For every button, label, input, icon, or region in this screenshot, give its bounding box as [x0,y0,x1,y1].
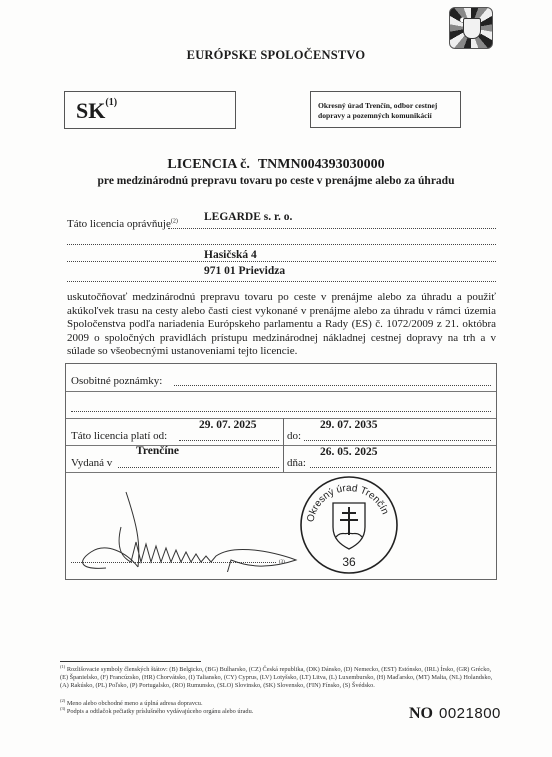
column-divider [283,418,284,472]
valid-from-label: Táto licencia platí od: [71,430,167,442]
holder-label: Táto licencia oprávňuje(2) [67,218,178,230]
valid-from-line [179,440,279,441]
footnote-rule [60,661,201,662]
notes-label: Osobitné poznámky: [71,375,162,387]
issued-in-label: Vydaná v [71,457,112,469]
slovak-coat-of-arms-hologram-icon [449,7,493,49]
license-number: TNMN004393030000 [258,157,385,172]
notes-row-2 [66,391,496,419]
holder-street: Hasičská 4 [204,249,257,261]
holder-line-4 [67,281,496,282]
holder-line-2 [67,244,496,245]
holder-name-line [168,228,496,229]
notes-row: Osobitné poznámky: [66,364,496,392]
valid-from: 29. 07. 2025 [199,419,257,431]
serial-number: NO0021800 [409,705,501,723]
notes-line [174,385,491,386]
community-heading: EURÓPSKE SPOLOČENSTVO [0,48,552,63]
issued-row: Vydaná v Trenčíne dňa: 26. 05. 2025 [66,445,496,473]
svg-text:36: 36 [342,555,356,569]
issued-in: Trenčíne [136,445,179,457]
holder-city: 971 01 Prievidza [204,265,285,277]
holder-name: LEGARDE s. r. o. [204,211,292,223]
notes-line-2 [71,411,491,412]
holder-line-3 [67,261,496,262]
license-body-text: uskutočňovať medzinárodnú prepravu tovar… [67,291,496,359]
license-subtitle: pre medzinárodnú prepravu tovaru po cest… [0,175,552,187]
issued-on-label: dňa: [287,457,306,469]
valid-to-line [304,440,491,441]
valid-to: 29. 07. 2035 [320,419,378,431]
footnote-1: (1) Rozlišovacie symboly členských štáto… [60,663,500,690]
official-stamp-icon: Okresný úrad Trenčín 36 [299,475,399,575]
issued-in-line [118,467,279,468]
issuing-authority-box: Okresný úrad Trenčín, odbor cestnej dopr… [310,91,461,128]
issuing-authority: Okresný úrad Trenčín, odbor cestnej dopr… [318,101,437,120]
valid-to-label: do: [287,430,301,442]
issued-on: 26. 05. 2025 [320,446,378,458]
issued-on-line [310,467,491,468]
country-code: SK(1) [76,98,117,124]
signature-icon [66,482,306,572]
validity-row: Táto licencia platí od: 29. 07. 2025 do:… [66,418,496,446]
country-code-box: SK(1) [64,91,236,129]
license-title: LICENCIA č.TNMN004393030000 [0,157,552,173]
